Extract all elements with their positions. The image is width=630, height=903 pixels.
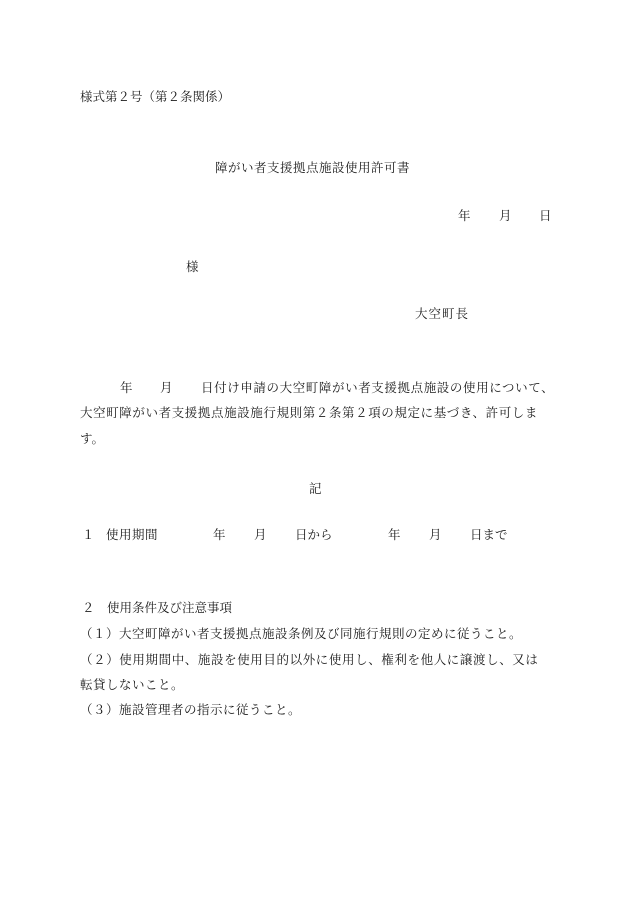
to-month: 月 (429, 529, 442, 542)
addressee-suffix: 様 (186, 261, 199, 274)
date-day: 日 (539, 210, 552, 223)
section1-number: １ (82, 529, 95, 542)
body-line1: 日付け申請の大空町障がい者支援拠点施設の使用について、 (201, 382, 554, 395)
to-year: 年 (388, 529, 401, 542)
from-year: 年 (213, 529, 226, 542)
date-year: 年 (458, 210, 471, 223)
section2-heading: ２ 使用条件及び注意事項 (82, 602, 232, 615)
body-month: 月 (160, 382, 173, 395)
body-year: 年 (120, 382, 133, 395)
section1-label: 使用期間 (106, 529, 158, 542)
ki-label: 記 (309, 483, 322, 496)
condition-item-2: （２）使用期間中、施設を使用目的以外に使用し、権利を他人に譲渡し、又は (80, 654, 539, 667)
condition-item-2-cont: 転貸しないこと。 (80, 679, 184, 692)
date-month: 月 (499, 210, 512, 223)
condition-item-3: （３）施設管理者の指示に従うこと。 (80, 704, 301, 717)
issuer: 大空町長 (415, 308, 469, 321)
from-day: 日から (295, 529, 333, 542)
body-line2: 大空町障がい者支援拠点施設施行規則第２条第２項の規定に基づき、許可しま (80, 407, 538, 420)
form-label: 様式第２号（第２条関係） (80, 91, 230, 104)
document-title: 障がい者支援拠点施設使用許可書 (215, 162, 410, 175)
from-month: 月 (254, 529, 267, 542)
condition-item-1: （１）大空町障がい者支援拠点施設条例及び同施行規則の定めに従うこと。 (80, 628, 522, 641)
body-line3: す。 (80, 433, 104, 446)
to-day: 日まで (470, 529, 508, 542)
